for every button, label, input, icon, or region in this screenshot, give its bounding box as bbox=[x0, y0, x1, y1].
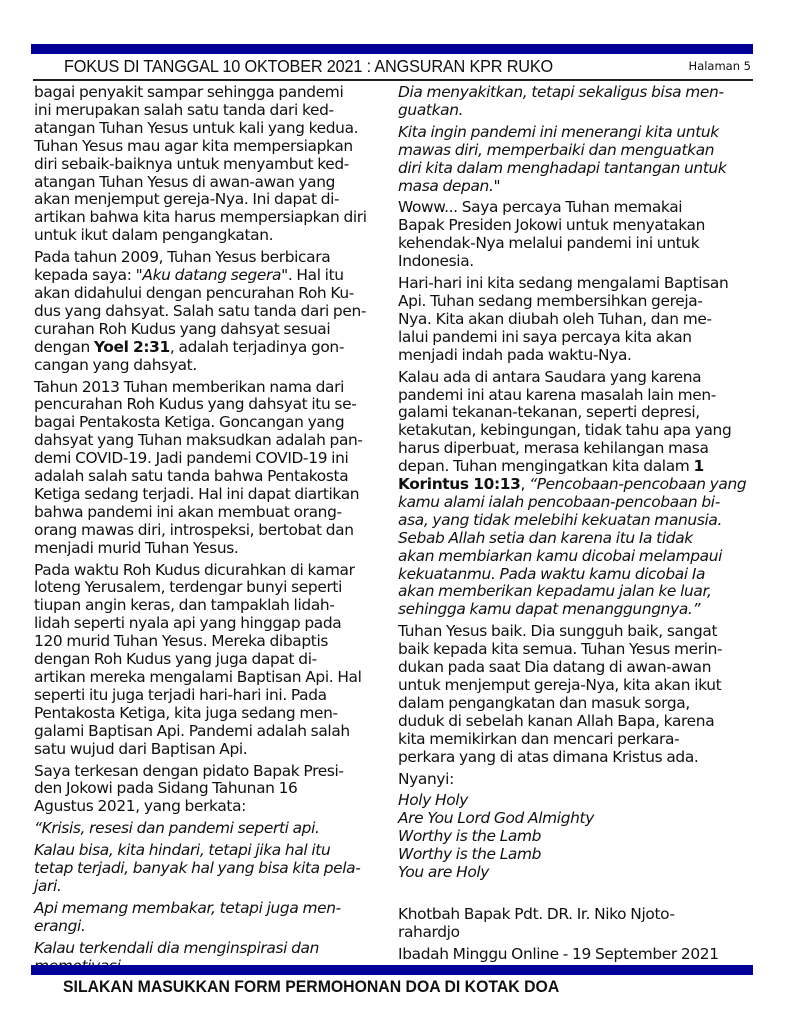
paragraph: Holy Holy Are You Lord God Almighty Wort… bbox=[398, 792, 758, 882]
paragraph: Ibadah Minggu Online - 19 September 2021 bbox=[398, 946, 758, 964]
text-run: , bbox=[520, 475, 529, 493]
right-column: Dia menyakitkan, tetapi sekaligus bisa m… bbox=[398, 84, 758, 968]
text-run: "Aku datang segera" bbox=[136, 266, 288, 284]
page-header: FOKUS DI TANGGAL 10 OKTOBER 2021 : ANGSU… bbox=[33, 55, 753, 81]
paragraph: Kalau ada di antara Saudara yang karena … bbox=[398, 369, 758, 620]
paragraph: Nyanyi: bbox=[398, 771, 758, 789]
scripture-reference: Yoel 2:31 bbox=[94, 338, 170, 356]
header-title: FOKUS DI TANGGAL 10 OKTOBER 2021 : ANGSU… bbox=[64, 56, 553, 77]
footer-color-bar bbox=[31, 965, 753, 975]
paragraph: bagai penyakit sampar sehingga pandemi i… bbox=[34, 84, 390, 245]
paragraph: “Krisis, resesi dan pandemi seperti api. bbox=[34, 820, 390, 838]
paragraph: Api memang membakar, tetapi juga men- er… bbox=[34, 900, 390, 936]
paragraph: Saya terkesan dengan pidato Bapak Presi-… bbox=[34, 763, 390, 817]
page-number: Halaman 5 bbox=[689, 59, 751, 73]
paragraph: Hari-hari ini kita sedang mengalami Bapt… bbox=[398, 275, 758, 365]
paragraph: Pada tahun 2009, Tuhan Yesus berbicara k… bbox=[34, 249, 390, 374]
footer-notice: SILAKAN MASUKKAN FORM PERMOHONAN DOA DI … bbox=[63, 977, 559, 997]
paragraph: Tuhan Yesus baik. Dia sungguh baik, sang… bbox=[398, 623, 758, 766]
paragraph: Tahun 2013 Tuhan memberikan nama dari pe… bbox=[34, 379, 390, 558]
paragraph: Khotbah Bapak Pdt. DR. Ir. Niko Njoto- r… bbox=[398, 906, 758, 942]
header-color-bar bbox=[31, 44, 753, 54]
paragraph: Dia menyakitkan, tetapi sekaligus bisa m… bbox=[398, 84, 758, 120]
text-run: Kalau ada di antara Saudara yang karena … bbox=[398, 368, 731, 476]
paragraph: Kita ingin pandemi ini menerangi kita un… bbox=[398, 124, 758, 196]
paragraph: Pada waktu Roh Kudus dicurahkan di kamar… bbox=[34, 562, 390, 759]
paragraph: Kalau bisa, kita hindari, tetapi jika ha… bbox=[34, 842, 390, 896]
text-run: “Pencobaan-pencobaan yang kamu alami ial… bbox=[398, 475, 746, 618]
left-column: bagai penyakit sampar sehingga pandemi i… bbox=[34, 84, 390, 980]
spacer bbox=[398, 886, 758, 906]
paragraph: Woww... Saya percaya Tuhan memakai Bapak… bbox=[398, 199, 758, 271]
